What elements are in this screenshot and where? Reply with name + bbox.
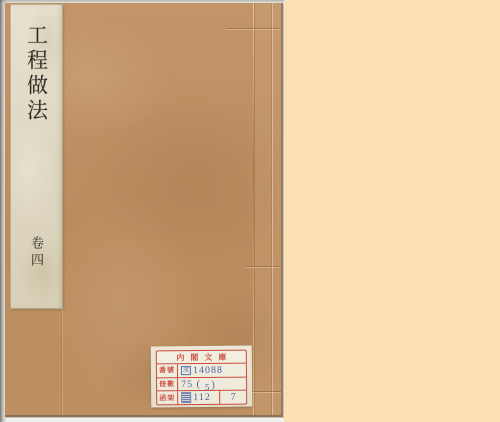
accession-number: 14088 <box>193 365 223 376</box>
blue-boxed-stamp-icon <box>181 392 191 403</box>
volumes-field-label: 冊數 <box>157 378 178 391</box>
volumes-subcount: 5 <box>205 381 211 391</box>
volumes-count: 75 ( <box>181 379 201 390</box>
cover-edge-strip <box>254 3 281 415</box>
library-name: 内閣文庫 <box>157 351 246 365</box>
number-field-label: 番號 <box>157 364 178 377</box>
volumes-paren: ) <box>211 379 215 390</box>
book-cover-photo: 工程做法 卷四 内閣文庫 番號 漢 14088 冊數 75 ( 5 <box>0 0 500 422</box>
han-stamp-icon: 漢 <box>181 366 191 375</box>
bookplate-row-volumes: 冊數 75 ( 5 ) <box>157 377 246 391</box>
shelf-number: 112 <box>193 392 211 403</box>
bookplate-row-number: 番號 漢 14088 <box>157 364 246 378</box>
cover-vertical-crease <box>253 3 254 415</box>
number-value: 漢 14088 <box>178 364 246 377</box>
library-bookplate: 内閣文庫 番號 漢 14088 冊數 75 ( 5 ) <box>151 346 253 408</box>
bookplate-row-shelf: 函架 112 7 <box>157 391 246 404</box>
shelf-value: 112 <box>178 391 219 404</box>
shelf-subnumber: 7 <box>219 391 246 404</box>
title-label-slip: 工程做法 卷四 <box>10 4 63 309</box>
cover-horizontal-crease <box>227 28 281 29</box>
cover-fold-line <box>61 306 62 415</box>
volume-number: 卷四 <box>26 236 45 270</box>
bookplate-table: 内閣文庫 番號 漢 14088 冊數 75 ( 5 ) <box>156 350 247 406</box>
cover-vertical-crease <box>272 3 273 415</box>
book-front-cover: 工程做法 卷四 内閣文庫 番號 漢 14088 冊數 75 ( 5 <box>5 3 283 417</box>
volumes-value: 75 ( 5 ) <box>178 377 246 390</box>
cover-horizontal-crease <box>245 266 281 267</box>
book-title: 工程做法 <box>22 24 52 124</box>
shelf-field-label: 函架 <box>157 392 178 405</box>
